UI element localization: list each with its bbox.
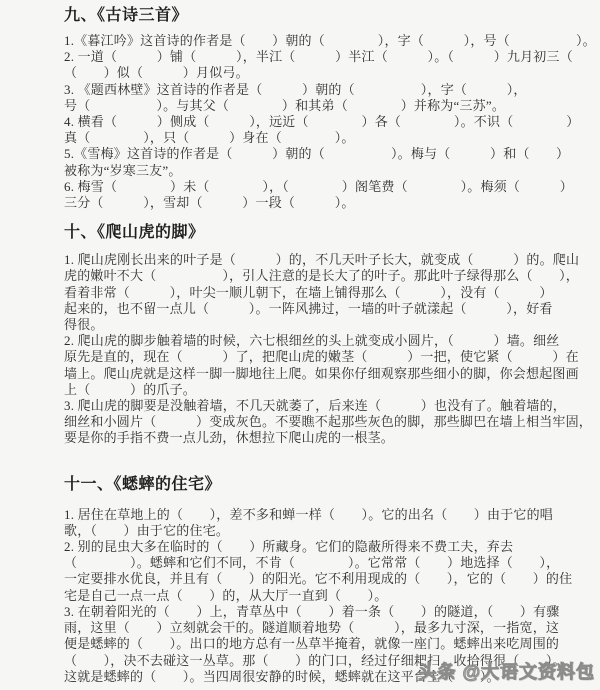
text-line: 真（ ），只（ ）身在（ ）。 [64,130,582,146]
text-line: （ ）似（ ）月似弓。 [64,65,582,81]
watermark: 头条 @大语文资料包 [418,658,595,684]
text-line: 原先是直的，现在（ ）了，把爬山虎的嫩茎（ ）一把，使它紧（ ）在 [64,349,582,365]
section-heading: 十、《爬山虎的脚》 [64,223,582,242]
text-line: 被称为“岁寒三友”。 [64,163,582,179]
section-heading: 九、《古诗三首》 [64,6,582,25]
section-ancient-poems: 九、《古诗三首》 1.《暮江吟》这首诗的作者是（ ）朝的（ ），字（ ），号（ … [64,6,582,211]
section-body: 1.《暮江吟》这首诗的作者是（ ）朝的（ ），字（ ），号（ ）。2. 一道（ … [64,33,582,211]
text-line: 上（ ）的爪子。 [64,382,582,398]
text-line: 5.《雪梅》这首诗的作者是（ ）朝的（ ）。梅与（ ）和（ ） [64,146,582,162]
text-line: 1. 居住在草地上的（ ），差不多和蝉一样（ ）。它的出名（ ）由于它的唱 [64,507,582,523]
text-line: 一定要排水优良，并且有（ ）的阳光。它不利用现成的（ ），它的（ ）的住 [64,571,582,587]
text-line: 雨，这里（ ）立刻就会干的。隧道顺着地势（ ），最多九寸深，一指宽，这 [64,620,582,636]
text-line: 号（ ）。与其父（ ）和其弟（ ）并称为“三苏”。 [64,98,582,114]
text-line: 歌，（ ）由于它的住宅。 [64,523,582,539]
section-ivy-feet: 十、《爬山虎的脚》 1. 爬山虎刚长出来的叶子是（ ）的，不几天叶子长大，就变成… [64,223,582,446]
text-line: 3. 《题西林壁》这首诗的作者是（ ）朝的（ ），字（ ）， [64,82,582,98]
text-line: 3. 爬山虎的脚要是没触着墙，不几天就萎了，后来连（ ）也没有了。触着墙的， [64,398,582,414]
text-line: 1. 爬山虎刚长出来的叶子是（ ）的，不几天叶子长大，就变成（ ）的。爬山 [64,252,582,268]
text-line: 细丝和小圆片（ ）变成灰色。不要瞧不起那些灰色的脚，那些脚巴在墙上相当牢固， [64,414,582,430]
text-line: 三分（ ），雪却（ ）一段（ ）。 [64,195,582,211]
text-line: 2. 别的昆虫大多在临时的（ ）所藏身。它们的隐蔽所得来不费工夫，弃去 [64,539,582,555]
text-line: 墙上。爬山虎就是这样一脚一脚地往上爬。如果你仔细观察那些细小的脚，你会想起图画 [64,366,582,382]
text-line: 要是你的手指不费一点儿劲，休想拉下爬山虎的一根茎。 [64,430,582,446]
text-line: 6. 梅雪（ ）未（ ），（ ）阁笔费（ ）。梅须（ ） [64,179,582,195]
section-cricket-house: 十一、《蟋蟀的住宅》 1. 居住在草地上的（ ），差不多和蝉一样（ ）。它的出名… [64,475,582,685]
text-line: 得很。 [64,317,582,333]
text-line: 虎的嫩叶不大（ ），引人注意的是长大了的叶子。那此叶子绿得那么（ ）， [64,268,582,284]
section-body: 1. 爬山虎刚长出来的叶子是（ ）的，不几天叶子长大，就变成（ ）的。爬山虎的嫩… [64,252,582,446]
text-line: 4. 横看（ ）侧成（ ），远近（ ）各（ ）。不识（ ） [64,114,582,130]
text-line: 宅是自己一点一点（ ）的，从大厅一直到（ ）。 [64,588,582,604]
text-line: 便是蟋蟀的（ ）。出口的地方总有一丛草半掩着，就像一座门。蟋蟀出来吃周围的 [64,636,582,652]
text-line: 1.《暮江吟》这首诗的作者是（ ）朝的（ ），字（ ），号（ ）。 [64,33,582,49]
text-line: 看着非常（ ），叶尖一顺儿朝下，在墙上铺得那么（ ），没有（ ） [64,285,582,301]
text-line: 2. 一道（ ）铺（ ），半江（ ）半江（ ）。（ ）九月初三（ ）， [64,49,582,65]
text-line: （ ）。蟋蟀和它们不同，不肯（ ）。它常常（ ）地选择（ ）， [64,555,582,571]
worksheet-page: 九、《古诗三首》 1.《暮江吟》这首诗的作者是（ ）朝的（ ），字（ ），号（ … [0,0,600,690]
text-line: 2. 爬山虎的脚步触着墙的时候，六七根细丝的头上就变成小圆片，（ ）墙。细丝 [64,333,582,349]
text-line: 3. 在朝着阳光的（ ）上，青草丛中（ ）着一条（ ）的隧道，（ ）有骤 [64,604,582,620]
text-line: 起来的，也不留一点儿（ ）。一阵风拂过，一墙的叶子就漾起（ ），好看 [64,301,582,317]
section-heading: 十一、《蟋蟀的住宅》 [64,475,582,494]
